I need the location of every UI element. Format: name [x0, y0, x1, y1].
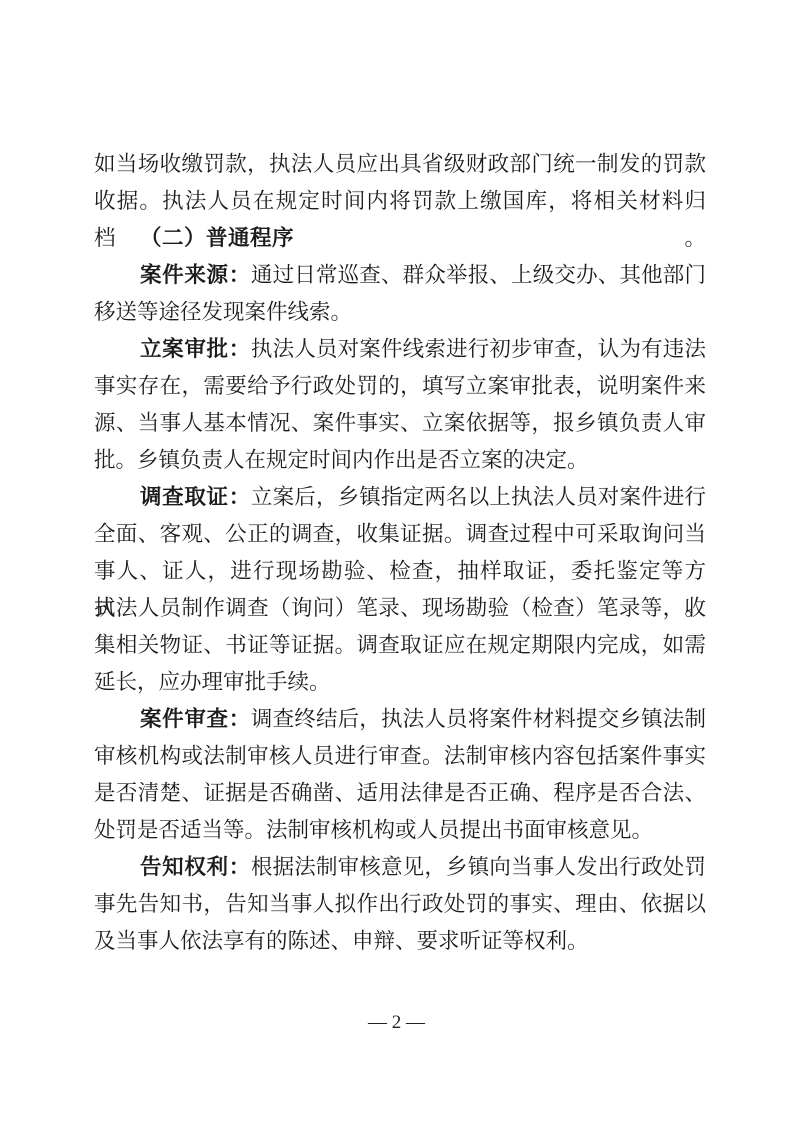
text-line: 全面、客观、公正的调查，收集证据。调查过程中可采取询问当 [94, 516, 706, 553]
document-page: 如当场收缴罚款，执法人员应出具省级财政部门统一制发的罚款收据。执法人员在规定时间… [0, 0, 793, 1122]
text-line: 是否清楚、证据是否确凿、适用法律是否正确、程序是否合法、 [94, 775, 706, 812]
line-text: 源、当事人基本情况、案件事实、立案依据等，报乡镇负责人审 [94, 411, 706, 435]
paragraph-lead: 立案审批： [140, 337, 251, 361]
line-text: 全面、客观、公正的调查，收集证据。调查过程中可采取询问当 [94, 522, 706, 546]
line-text: 事先告知书，告知当事人拟作出行政处罚的事实、理由、依据以 [94, 892, 706, 916]
heading-text: （二）普通程序 [140, 226, 294, 250]
text-line: 执法人员制作调查（询问）笔录、现场勘验（检查）笔录等，收 [94, 590, 706, 627]
paragraph-lead: 告知权利： [140, 855, 251, 879]
text-line: 告知权利：根据法制审核意见，乡镇向当事人发出行政处罚 [94, 849, 706, 886]
text-line: 案件来源：通过日常巡查、群众举报、上级交办、其他部门 [94, 257, 706, 294]
text-line: 如当场收缴罚款，执法人员应出具省级财政部门统一制发的罚款 [94, 146, 706, 183]
line-text: 是否清楚、证据是否确凿、适用法律是否正确、程序是否合法、 [94, 781, 706, 805]
line-text: 调查终结后，执法人员将案件材料提交乡镇法制 [251, 707, 706, 731]
line-text: 通过日常巡查、群众举报、上级交办、其他部门 [251, 263, 706, 287]
line-text: 批。乡镇负责人在规定时间内作出是否立案的决定。 [94, 448, 589, 472]
text-line: 事先告知书，告知当事人拟作出行政处罚的事实、理由、依据以 [94, 886, 706, 923]
text-line: 事实存在，需要给予行政处罚的，填写立案审批表，说明案件来 [94, 368, 706, 405]
text-line: 立案审批：执法人员对案件线索进行初步审查，认为有违法 [94, 331, 706, 368]
text-line: 源、当事人基本情况、案件事实、立案依据等，报乡镇负责人审 [94, 405, 706, 442]
text-line: 批。乡镇负责人在规定时间内作出是否立案的决定。 [94, 442, 706, 479]
line-text: 事实存在，需要给予行政处罚的，填写立案审批表，说明案件来 [94, 374, 706, 398]
line-text: 执法人员对案件线索进行初步审查，认为有违法 [251, 337, 706, 361]
text-line: 审核机构或法制审核人员进行审查。法制审核内容包括案件事实 [94, 738, 706, 775]
text-line: 收据。执法人员在规定时间内将罚款上缴国库，将相关材料归档。 [94, 183, 706, 220]
line-text: 立案后，乡镇指定两名以上执法人员对案件进行 [251, 485, 706, 509]
paragraph-lead: 调查取证： [140, 485, 251, 509]
text-line: 案件审查：调查终结后，执法人员将案件材料提交乡镇法制 [94, 701, 706, 738]
paragraph-lead: 案件来源： [140, 263, 251, 287]
body-text: 如当场收缴罚款，执法人员应出具省级财政部门统一制发的罚款收据。执法人员在规定时间… [94, 146, 706, 960]
text-line: 集相关物证、书证等证据。调查取证应在规定期限内完成，如需 [94, 627, 706, 664]
page-number: — 2 — [0, 1008, 793, 1038]
text-line: 移送等途径发现案件线索。 [94, 294, 706, 331]
line-text: 审核机构或法制审核人员进行审查。法制审核内容包括案件事实 [94, 744, 706, 768]
line-text: 移送等途径发现案件线索。 [94, 300, 352, 324]
line-text: 集相关物证、书证等证据。调查取证应在规定期限内完成，如需 [94, 633, 706, 657]
line-text: 处罚是否适当等。法制审核机构或人员提出书面审核意见。 [94, 818, 653, 842]
text-line: 延长，应办理审批手续。 [94, 664, 706, 701]
line-text: 及当事人依法享有的陈述、申辩、要求听证等权利。 [94, 929, 589, 953]
text-line: 事人、证人，进行现场勘验、检查，抽样取证，委托鉴定等方式。 [94, 553, 706, 590]
text-line: 及当事人依法享有的陈述、申辩、要求听证等权利。 [94, 923, 706, 960]
line-text: 延长，应办理审批手续。 [94, 670, 331, 694]
line-text: 如当场收缴罚款，执法人员应出具省级财政部门统一制发的罚款 [94, 152, 706, 176]
text-line: 处罚是否适当等。法制审核机构或人员提出书面审核意见。 [94, 812, 706, 849]
line-text: 根据法制审核意见，乡镇向当事人发出行政处罚 [251, 855, 706, 879]
line-text: 执法人员制作调查（询问）笔录、现场勘验（检查）笔录等，收 [94, 596, 706, 620]
paragraph-lead: 案件审查： [140, 707, 251, 731]
text-line: 调查取证：立案后，乡镇指定两名以上执法人员对案件进行 [94, 479, 706, 516]
